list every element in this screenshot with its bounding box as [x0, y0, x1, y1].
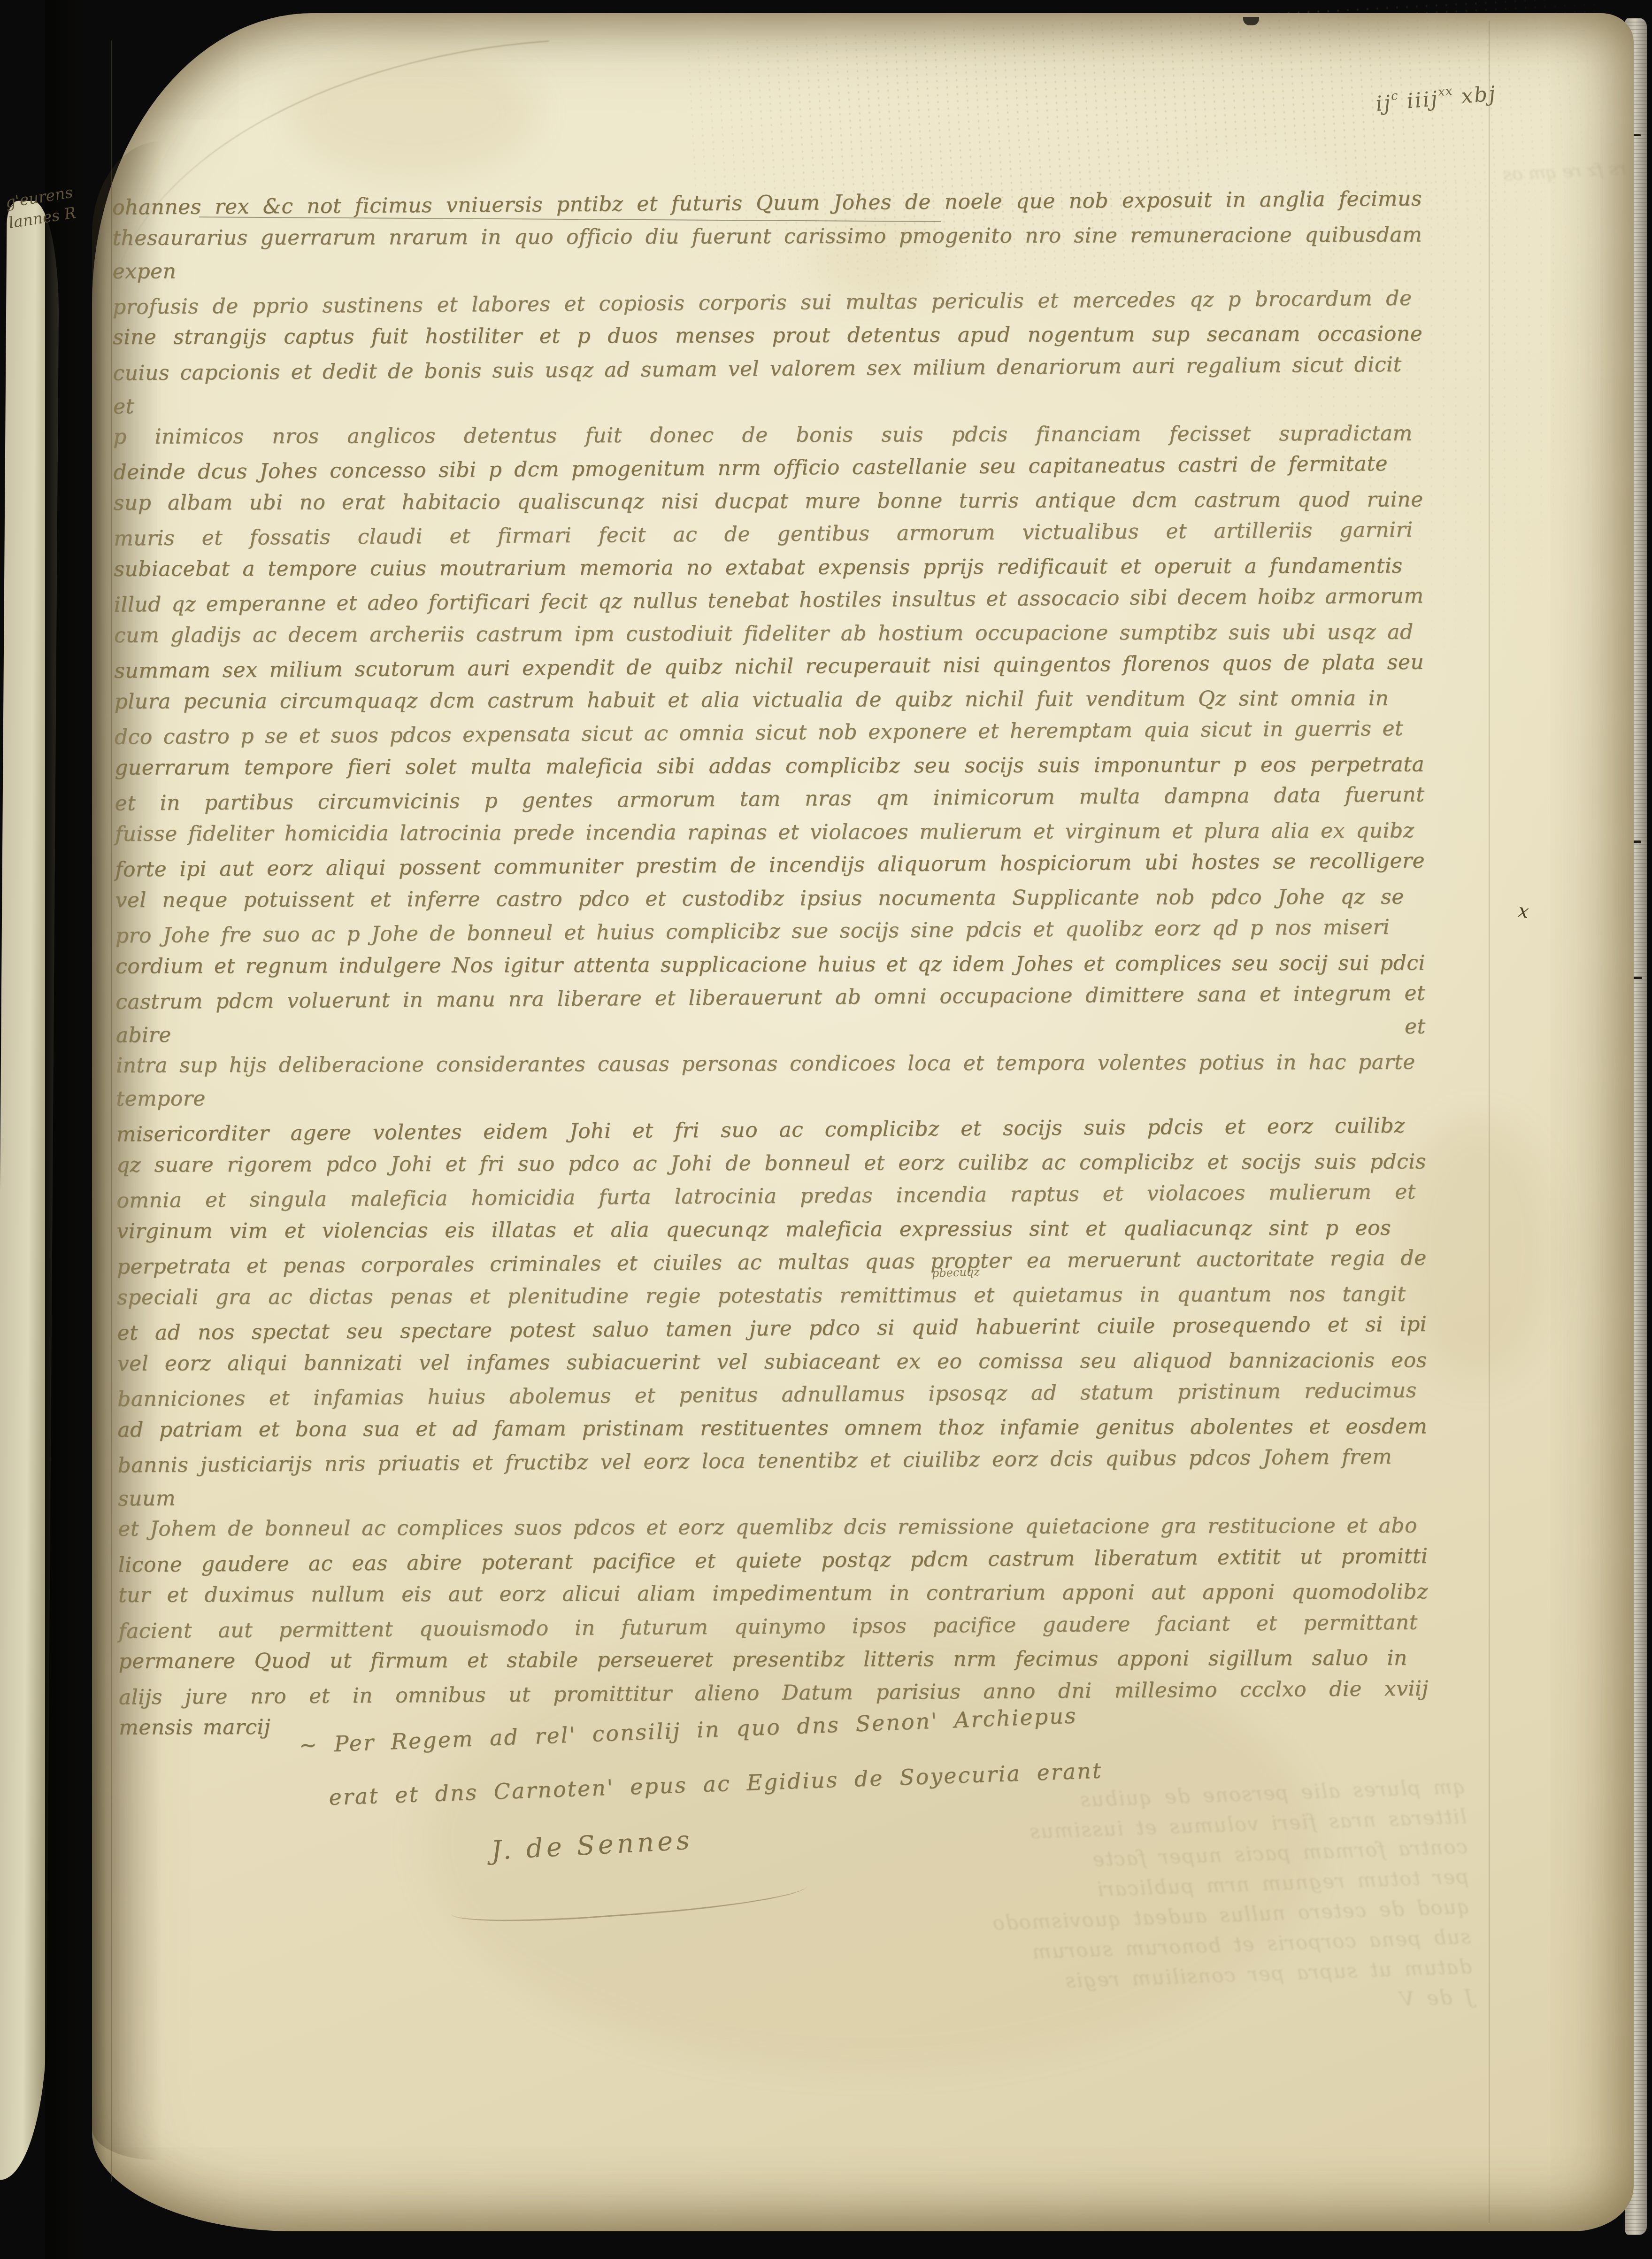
manuscript-text-line: pro Johe fre suo ac p Johe de bonneul et…	[115, 911, 1390, 953]
manuscript-text-line: ad patriam et bona sua et ad famam prist…	[117, 1410, 1427, 1447]
folio-superscript-xx: xx	[1437, 84, 1453, 100]
manuscript-text-line: guerrarum tempore fieri solet multa male…	[115, 748, 1424, 785]
manuscript-text-line: permanere Quod ut firmum et stabile pers…	[118, 1642, 1407, 1678]
manuscript-text-line: perpetrata et penas corporales criminale…	[117, 1241, 1427, 1283]
manuscript-text-line: vel neque potuissent et inferre castro p…	[115, 880, 1404, 917]
manuscript-text-line: intra sup hijs deliberacione considerant…	[116, 1046, 1415, 1115]
manuscript-text-line: banniciones et infamias huius abolemus e…	[117, 1374, 1417, 1416]
manuscript-text-line: omnia et singula maleficia homicidia fur…	[116, 1176, 1416, 1218]
manuscript-text-line: p inimicos nros anglicos detentus fuit d…	[113, 417, 1413, 454]
manuscript-text-line: virginum vim et violencias eis illatas e…	[116, 1211, 1391, 1248]
manuscript-text-line: et in partibus circumvicinis p gentes ar…	[115, 779, 1424, 820]
verso-showthrough-margin: rs fz re qm os	[1499, 152, 1627, 191]
manuscript-text-line: muris et fossatis claudi et firmari feci…	[114, 514, 1413, 555]
manuscript-text-line: speciali gra ac dictas penas et plenitud…	[117, 1278, 1406, 1314]
manuscript-text-line: cum gladijs ac decem archeriis castrum i…	[114, 616, 1414, 652]
interlinear-insertion: pbecuqz	[932, 1265, 980, 1280]
left-margin-ruling	[111, 40, 112, 2182]
folio-prefix: ij	[1375, 91, 1392, 116]
manuscript-text-line: subiacebat a tempore cuius moutrarium me…	[114, 549, 1403, 586]
manuscript-text-line: vel eorz aliqui bannizati vel infames su…	[117, 1344, 1427, 1380]
manuscript-text-block: ohannes rex &c not ficimus vniuersis pnt…	[112, 184, 1429, 1746]
manuscript-text-line: castrum pdcm voluerunt in manu nra liber…	[115, 977, 1426, 1052]
manuscript-text-line: bannis justiciarijs nris priuatis et fru…	[117, 1441, 1392, 1515]
manuscript-text-line: qz suare rigorem pdco Johi et fri suo pd…	[116, 1145, 1426, 1182]
binding-gutter	[45, 0, 106, 2259]
manuscript-text-line: et ad nos spectat seu spectare potest sa…	[117, 1308, 1427, 1349]
manuscript-photo: { "photo": { "backdrop_color": "#0a0a0b"…	[0, 0, 1652, 2259]
manuscript-text-line: sup albam ubi no erat habitacio qualiscu…	[114, 483, 1423, 520]
manuscript-text-line: cordium et regnum indulgere Nos igitur a…	[115, 947, 1425, 983]
folio-suffix: xbj	[1460, 82, 1498, 108]
verso-showthrough: qm plures alie persone de quibuslitteras…	[733, 1772, 1474, 2037]
manuscript-text-line: forte ipi aut eorz aliqui possent commun…	[115, 845, 1425, 887]
manuscript-text-line: summam sex milium scutorum auri expendit…	[114, 646, 1424, 688]
manuscript-text-line: dco castro p se et suos pdcos expensata …	[115, 712, 1404, 754]
manuscript-text-line: profusis de pprio sustinens et labores e…	[113, 282, 1412, 324]
manuscript-text-line: alijs jure nro et in omnibus ut promitti…	[119, 1672, 1429, 1714]
folio-mid: iiij	[1406, 87, 1439, 114]
manuscript-text-line: tur et duximus nullum eis aut eorz alicu…	[118, 1575, 1428, 1612]
manuscript-text-line: et Johem de bonneul ac complices suos pd…	[118, 1509, 1417, 1546]
right-margin-ruling	[1489, 21, 1490, 2223]
manuscript-text-line: licone gaudere ac eas abire poterant pac…	[118, 1540, 1428, 1581]
manuscript-text-line: deinde dcus Johes concesso sibi p dcm pm…	[113, 447, 1388, 489]
manuscript-text-line: ohannes rex &c not ficimus vniuersis pnt…	[112, 183, 1422, 224]
manuscript-text-line: illud qz emperanne et adeo fortificari f…	[114, 580, 1423, 622]
manuscript-text-line: sine strangijs captus fuit hostiliter et…	[113, 317, 1422, 354]
manuscript-text-line: facient aut permittent quouismodo in fut…	[118, 1606, 1418, 1648]
manuscript-text-line: thesaurarius guerrarum nrarum in quo off…	[112, 218, 1422, 288]
manuscript-text-line: fuisse fideliter homicidia latrocinia pr…	[115, 814, 1414, 851]
folio-superscript-c: c	[1391, 89, 1399, 103]
manuscript-text-line: cuius capcionis et dedit de bonis suis u…	[113, 348, 1402, 423]
manuscript-text-line: plura pecunia circumquaqz dcm castrum ha…	[114, 682, 1389, 718]
manuscript-text-line: misericorditer agere volentes eidem Johi…	[116, 1110, 1405, 1151]
